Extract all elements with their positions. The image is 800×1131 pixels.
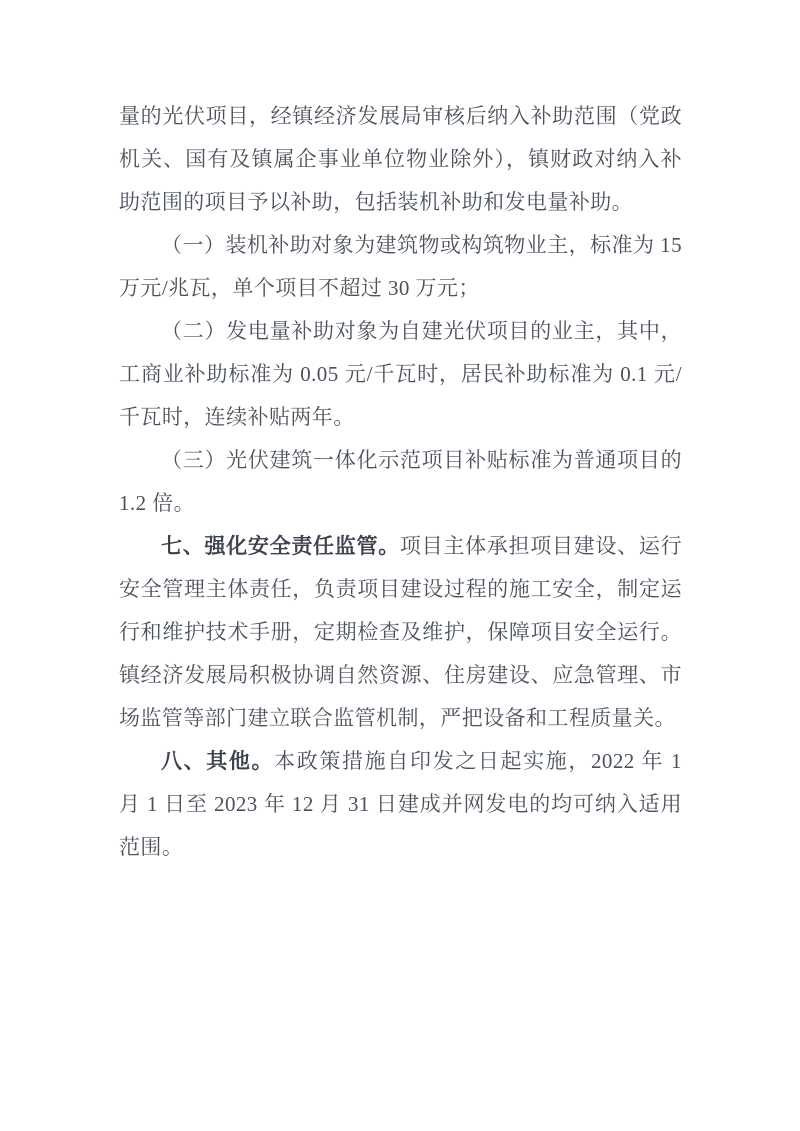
paragraph-text: （三）光伏建筑一体化示范项目补贴标准为普通项目的 1.2 倍。 xyxy=(119,448,682,515)
document-page: 量的光伏项目，经镇经济发展局审核后纳入补助范围（党政机关、国有及镇属企事业单位物… xyxy=(0,0,800,1131)
paragraph-section-8: 八、其他。本政策措施自印发之日起实施，2022 年 1 月 1 日至 2023 … xyxy=(119,740,682,869)
paragraph-item-2: （二）发电量补助对象为自建光伏项目的业主，其中，工商业补助标准为 0.05 元/… xyxy=(119,310,682,439)
paragraph-text: （一）装机补助对象为建筑物或构筑物业主，标准为 15 万元/兆瓦，单个项目不超过… xyxy=(119,233,682,300)
paragraph-text: 量的光伏项目，经镇经济发展局审核后纳入补助范围（党政机关、国有及镇属企事业单位物… xyxy=(119,104,682,214)
paragraph-lead: 八、其他。 xyxy=(161,749,274,773)
paragraph-section-7: 七、强化安全责任监管。项目主体承担项目建设、运行安全管理主体责任，负责项目建设过… xyxy=(119,525,682,740)
paragraph-continuation: 量的光伏项目，经镇经济发展局审核后纳入补助范围（党政机关、国有及镇属企事业单位物… xyxy=(119,95,682,224)
paragraph-text: （二）发电量补助对象为自建光伏项目的业主，其中，工商业补助标准为 0.05 元/… xyxy=(119,319,682,429)
paragraph-lead: 七、强化安全责任监管。 xyxy=(161,534,400,558)
paragraph-text: 项目主体承担项目建设、运行安全管理主体责任，负责项目建设过程的施工安全，制定运行… xyxy=(119,534,682,730)
paragraph-item-3: （三）光伏建筑一体化示范项目补贴标准为普通项目的 1.2 倍。 xyxy=(119,439,682,525)
document-text-block: 量的光伏项目，经镇经济发展局审核后纳入补助范围（党政机关、国有及镇属企事业单位物… xyxy=(119,95,682,869)
paragraph-item-1: （一）装机补助对象为建筑物或构筑物业主，标准为 15 万元/兆瓦，单个项目不超过… xyxy=(119,224,682,310)
